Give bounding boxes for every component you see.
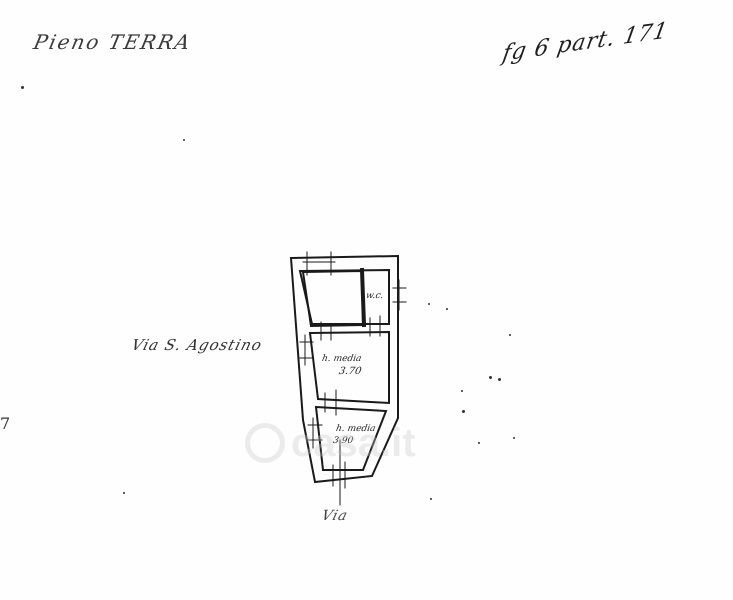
scan-speck (509, 334, 511, 336)
room-height-value-middle: 3.70 (338, 366, 362, 377)
scan-speck (498, 378, 501, 381)
scan-speck (183, 139, 185, 141)
scan-speck (21, 86, 24, 89)
scan-speck (430, 498, 432, 500)
scan-speck (462, 410, 465, 413)
scan-speck (446, 308, 448, 310)
scan-speck (478, 442, 480, 444)
room-label-wc: w.c. (365, 291, 384, 301)
scan-speck (489, 376, 492, 379)
room-height-label-bottom: h. media (335, 424, 376, 434)
scan-speck (513, 437, 515, 439)
scan-speck (428, 303, 430, 305)
room-height-label-middle: h. media (321, 354, 362, 364)
scan-speck (461, 390, 463, 392)
room-height-value-bottom: 3.90 (332, 436, 354, 446)
scan-speck (123, 492, 125, 494)
floor-plan-sheet: Pieno TERRA fg 6 part. 171 Via S. Agosti… (0, 0, 733, 600)
